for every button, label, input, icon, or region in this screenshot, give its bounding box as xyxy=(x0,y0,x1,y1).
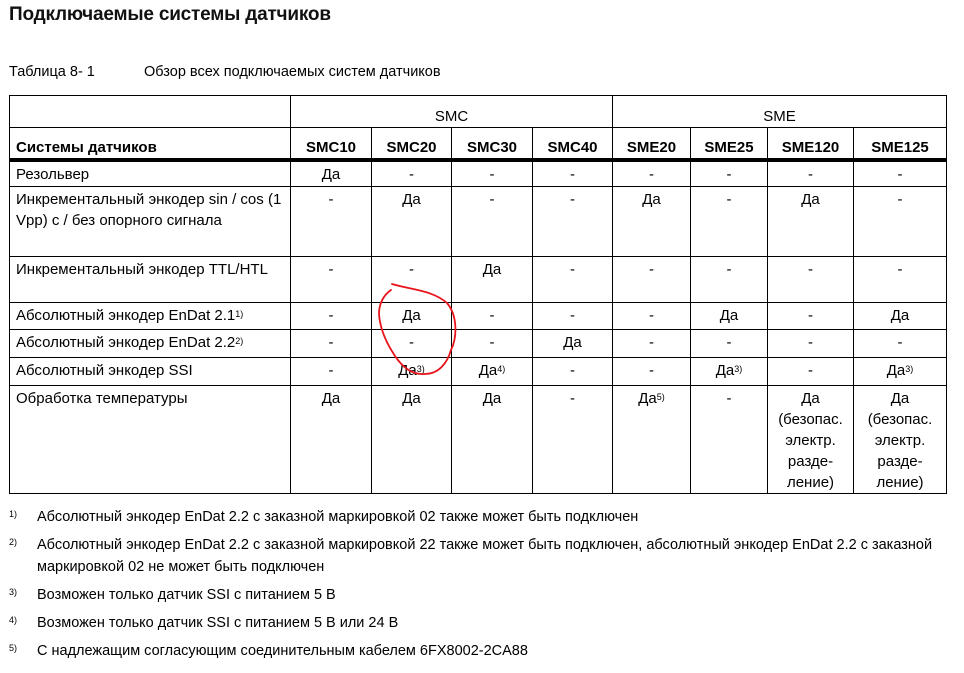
encoder-systems-table: SMC SME Системы датчиков SMC10 SMC20 SMC… xyxy=(9,95,947,494)
row-label: Инкрементальный энкодер sin / cos (1 Vpp… xyxy=(10,186,291,256)
footnote-ref: 4) xyxy=(497,364,505,374)
footnote-text: Возможен только датчик SSI с питанием 5 … xyxy=(37,587,336,603)
footnote-ref: 1) xyxy=(235,309,243,319)
column-header-sme125: SME125 xyxy=(854,128,947,161)
column-header-row: Системы датчиков SMC10 SMC20 SMC30 SMC40… xyxy=(10,128,947,161)
cell-value: - xyxy=(898,334,903,351)
table-cell: - xyxy=(691,385,768,493)
table-cell: - xyxy=(768,160,854,186)
footnotes: 1)Абсолютный энкодер EnDat 2.2 с заказно… xyxy=(9,506,957,668)
table-cell: - xyxy=(291,357,372,385)
table-cell: Да3) xyxy=(854,357,947,385)
row-label: Абсолютный энкодер EnDat 2.22) xyxy=(10,329,291,357)
footnote-4: 4)Возможен только датчик SSI с питанием … xyxy=(9,612,957,634)
table-cell: - xyxy=(613,329,691,357)
table-caption-text: Обзор всех подключаемых систем датчиков xyxy=(144,64,441,80)
table-cell: - xyxy=(768,357,854,385)
footnote-1: 1)Абсолютный энкодер EnDat 2.2 с заказно… xyxy=(9,506,957,528)
column-header-sme25: SME25 xyxy=(691,128,768,161)
footnote-ref: 3) xyxy=(905,364,913,374)
cell-value: - xyxy=(649,261,654,278)
table-cell: - xyxy=(291,329,372,357)
table-number: Таблица 8- 1 xyxy=(9,64,144,80)
footnote-ref: 5) xyxy=(657,392,665,402)
footnote-ref: 2) xyxy=(235,336,243,346)
footnote-2: 2)Абсолютный энкодер EnDat 2.2 с заказно… xyxy=(9,534,957,578)
table-cell: - xyxy=(533,385,613,493)
table-row-absolute-endat21: Абсолютный энкодер EnDat 2.11)-Да---Да-Д… xyxy=(10,302,947,329)
cell-value: - xyxy=(490,191,495,208)
column-header-sme20: SME20 xyxy=(613,128,691,161)
cell-value: Да xyxy=(891,307,910,324)
row-label-text: Инкрементальный энкодер TTL/HTL xyxy=(16,261,268,278)
cell-value: - xyxy=(727,191,732,208)
row-label-text: Абсолютный энкодер SSI xyxy=(16,362,193,379)
column-header-smc20: SMC20 xyxy=(372,128,452,161)
cell-value: - xyxy=(808,166,813,183)
group-header-sme: SME xyxy=(613,96,947,128)
cell-value: Да xyxy=(887,362,906,379)
cell-value: - xyxy=(727,334,732,351)
table-cell: - xyxy=(452,186,533,256)
table-cell: Да xyxy=(768,186,854,256)
cell-value: - xyxy=(409,166,414,183)
cell-value: - xyxy=(329,191,334,208)
table-cell: Да4) xyxy=(452,357,533,385)
table-cell: - xyxy=(854,329,947,357)
row-header-label: Системы датчиков xyxy=(10,128,291,161)
cell-value: - xyxy=(490,334,495,351)
cell-value: - xyxy=(898,261,903,278)
cell-value: Да xyxy=(638,390,657,407)
cell-value: - xyxy=(808,334,813,351)
table-cell: Да (безопас. электр. разде- ление) xyxy=(768,385,854,493)
cell-value: - xyxy=(898,166,903,183)
table-row-resolver: РезольверДа------- xyxy=(10,160,947,186)
cell-value: - xyxy=(649,307,654,324)
cell-value: - xyxy=(808,307,813,324)
table-cell: Да xyxy=(372,186,452,256)
cell-value: Да xyxy=(483,390,502,407)
cell-value: Да xyxy=(398,362,417,379)
table-cell: - xyxy=(691,160,768,186)
footnote-mark: 1) xyxy=(9,503,17,525)
cell-value: Да xyxy=(322,166,341,183)
column-header-smc40: SMC40 xyxy=(533,128,613,161)
table-cell: Да xyxy=(291,385,372,493)
column-header-smc30: SMC30 xyxy=(452,128,533,161)
cell-value: - xyxy=(409,334,414,351)
cell-value: - xyxy=(727,261,732,278)
cell-value: - xyxy=(329,307,334,324)
table-cell: - xyxy=(533,160,613,186)
table-cell: Да xyxy=(533,329,613,357)
cell-value: Да xyxy=(720,307,739,324)
column-header-sme120: SME120 xyxy=(768,128,854,161)
table-cell: - xyxy=(854,160,947,186)
table-row-absolute-ssi: Абсолютный энкодер SSI-Да3)Да4)--Да3)-Да… xyxy=(10,357,947,385)
cell-value: - xyxy=(490,307,495,324)
cell-value: - xyxy=(570,362,575,379)
cell-value: Да xyxy=(563,334,582,351)
cell-value: - xyxy=(808,261,813,278)
cell-value: Да xyxy=(801,191,820,208)
row-label: Резольвер xyxy=(10,160,291,186)
page-title: Подключаемые системы датчиков xyxy=(9,4,331,26)
footnote-mark: 3) xyxy=(9,581,17,603)
cell-value: - xyxy=(490,166,495,183)
row-label: Инкрементальный энкодер TTL/HTL xyxy=(10,256,291,302)
table-cell: Да3) xyxy=(691,357,768,385)
cell-value: - xyxy=(570,390,575,407)
group-header-empty xyxy=(10,96,291,128)
cell-value: Да xyxy=(479,362,498,379)
cell-value: - xyxy=(570,307,575,324)
group-header-row: SMC SME xyxy=(10,96,947,128)
footnote-text: Абсолютный энкодер EnDat 2.2 с заказной … xyxy=(37,537,932,575)
row-label-text: Резольвер xyxy=(16,166,89,183)
table-cell: - xyxy=(533,186,613,256)
cell-value: Да xyxy=(402,307,421,324)
table-cell: Да3) xyxy=(372,357,452,385)
cell-value: Да xyxy=(322,390,341,407)
table-cell: - xyxy=(452,302,533,329)
table-caption: Таблица 8- 1Обзор всех подключаемых сист… xyxy=(9,64,441,80)
table-cell: - xyxy=(768,302,854,329)
table-cell: - xyxy=(372,329,452,357)
table-cell: - xyxy=(768,329,854,357)
group-header-smc: SMC xyxy=(291,96,613,128)
cell-value: - xyxy=(808,362,813,379)
cell-value: - xyxy=(649,334,654,351)
table-cell: Да xyxy=(291,160,372,186)
table-cell: - xyxy=(613,302,691,329)
footnote-text: С надлежащим согласующим соединительным … xyxy=(37,643,528,659)
footnote-5: 5)С надлежащим согласующим соединительны… xyxy=(9,640,957,662)
row-label: Абсолютный энкодер SSI xyxy=(10,357,291,385)
table-cell: - xyxy=(291,256,372,302)
cell-value: - xyxy=(649,362,654,379)
table-cell: Да xyxy=(613,186,691,256)
table-cell: Да xyxy=(452,256,533,302)
footnote-3: 3)Возможен только датчик SSI с питанием … xyxy=(9,584,957,606)
table-cell: Да (безопас. электр. разде- ление) xyxy=(854,385,947,493)
table-row-absolute-endat22: Абсолютный энкодер EnDat 2.22)---Да---- xyxy=(10,329,947,357)
row-label-text: Обработка температуры xyxy=(16,390,188,407)
table-row-incremental-ttl-htl: Инкрементальный энкодер TTL/HTL--Да----- xyxy=(10,256,947,302)
cell-value: Да xyxy=(642,191,661,208)
table-cell: Да xyxy=(854,302,947,329)
table-cell: - xyxy=(291,186,372,256)
cell-value: Да xyxy=(483,261,502,278)
cell-value: - xyxy=(329,261,334,278)
row-label-text: Абсолютный энкодер EnDat 2.2 xyxy=(16,334,235,351)
table-cell: - xyxy=(691,329,768,357)
table-cell: - xyxy=(452,329,533,357)
cell-value: Да (безопас. электр. разде- ление) xyxy=(868,390,933,491)
table-cell: - xyxy=(691,186,768,256)
row-label-text: Инкрементальный энкодер sin / cos (1 Vpp… xyxy=(16,191,281,229)
footnote-ref: 3) xyxy=(417,364,425,374)
table-cell: - xyxy=(854,256,947,302)
table-cell: - xyxy=(613,256,691,302)
cell-value: Да xyxy=(402,191,421,208)
table-cell: - xyxy=(372,256,452,302)
table-row-temperature: Обработка температурыДаДаДа-Да5)-Да (без… xyxy=(10,385,947,493)
cell-value: - xyxy=(409,261,414,278)
cell-value: - xyxy=(329,334,334,351)
row-label-text: Абсолютный энкодер EnDat 2.1 xyxy=(16,307,235,324)
footnote-ref: 3) xyxy=(734,364,742,374)
table-row-incremental-sincos: Инкрементальный энкодер sin / cos (1 Vpp… xyxy=(10,186,947,256)
cell-value: Да (безопас. электр. разде- ление) xyxy=(778,390,843,491)
cell-value: - xyxy=(727,390,732,407)
row-label: Абсолютный энкодер EnDat 2.11) xyxy=(10,302,291,329)
footnote-mark: 5) xyxy=(9,637,17,659)
cell-value: - xyxy=(329,362,334,379)
table-cell: - xyxy=(452,160,533,186)
cell-value: Да xyxy=(716,362,735,379)
table-cell: - xyxy=(533,256,613,302)
table-cell: Да xyxy=(691,302,768,329)
row-label: Обработка температуры xyxy=(10,385,291,493)
cell-value: - xyxy=(898,191,903,208)
table-cell: - xyxy=(768,256,854,302)
table-cell: - xyxy=(372,160,452,186)
table-cell: - xyxy=(854,186,947,256)
table-cell: - xyxy=(613,357,691,385)
table-cell: - xyxy=(691,256,768,302)
footnote-text: Возможен только датчик SSI с питанием 5 … xyxy=(37,615,398,631)
table-cell: Да xyxy=(452,385,533,493)
table-cell: Да5) xyxy=(613,385,691,493)
footnote-text: Абсолютный энкодер EnDat 2.2 с заказной … xyxy=(37,509,638,525)
table-cell: - xyxy=(613,160,691,186)
footnote-mark: 2) xyxy=(9,531,17,553)
table-cell: - xyxy=(291,302,372,329)
cell-value: Да xyxy=(402,390,421,407)
cell-value: - xyxy=(649,166,654,183)
cell-value: - xyxy=(570,191,575,208)
table-cell: - xyxy=(533,357,613,385)
column-header-smc10: SMC10 xyxy=(291,128,372,161)
table-cell: Да xyxy=(372,385,452,493)
footnote-mark: 4) xyxy=(9,609,17,631)
cell-value: - xyxy=(727,166,732,183)
table-cell: - xyxy=(533,302,613,329)
table-cell: Да xyxy=(372,302,452,329)
cell-value: - xyxy=(570,166,575,183)
cell-value: - xyxy=(570,261,575,278)
